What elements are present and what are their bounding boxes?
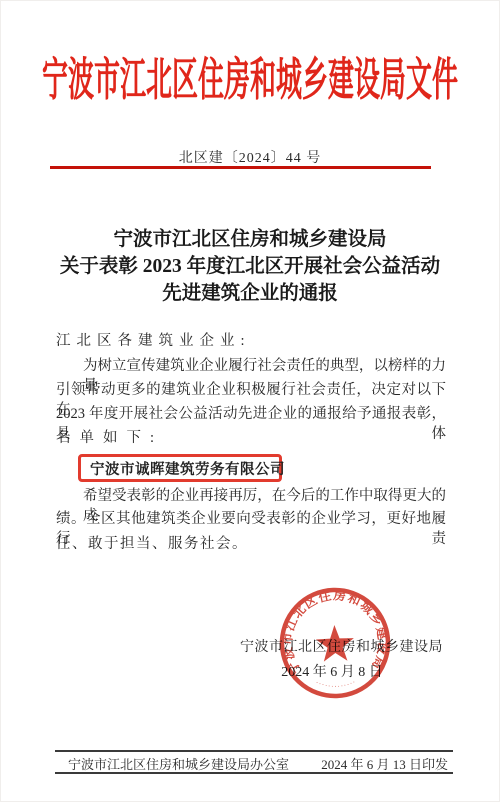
footer-divider-top: [55, 750, 453, 752]
awarded-company-name: 宁波市诚晖建筑劳务有限公司: [90, 458, 285, 479]
document-number: 北区建〔2024〕44 号: [0, 147, 500, 167]
official-seal: 宁波市江北区住房和城乡建设局 ·············: [275, 583, 395, 703]
agency-letterhead-title: 宁波市江北区住房和城乡建设局文件: [0, 44, 500, 109]
svg-text:·············: ·············: [315, 680, 358, 691]
document-title-line: 宁波市江北区住房和城乡建设局: [0, 226, 500, 253]
footer-issuing-office: 宁波市江北区住房和城乡建设局办公室: [68, 754, 289, 773]
footer-divider-bottom: [55, 772, 453, 774]
document-page: 宁波市江北区住房和城乡建设局文件 北区建〔2024〕44 号 宁波市江北区住房和…: [0, 0, 500, 802]
awarded-company-box: 宁波市诚晖建筑劳务有限公司: [78, 454, 282, 482]
body-line: 任、敢于担当、服务社会。: [56, 534, 446, 554]
star-icon: [315, 624, 354, 662]
document-title-line: 先进建筑企业的通报: [0, 280, 500, 307]
red-divider-line: [50, 166, 431, 169]
document-title-line: 关于表彰 2023 年度江北区开展社会公益活动: [0, 253, 500, 280]
body-line: 名单如下:: [56, 428, 446, 448]
document-title: 宁波市江北区住房和城乡建设局 关于表彰 2023 年度江北区开展社会公益活动 先…: [0, 226, 500, 307]
seal-code-marks: ·············: [315, 680, 358, 691]
footer-print-date: 2024 年 6 月 13 日印发: [321, 754, 448, 773]
footer-row: 宁波市江北区住房和城乡建设局办公室 2024 年 6 月 13 日印发: [68, 754, 448, 773]
salutation-line: 江北区各建筑业企业:: [56, 331, 446, 351]
